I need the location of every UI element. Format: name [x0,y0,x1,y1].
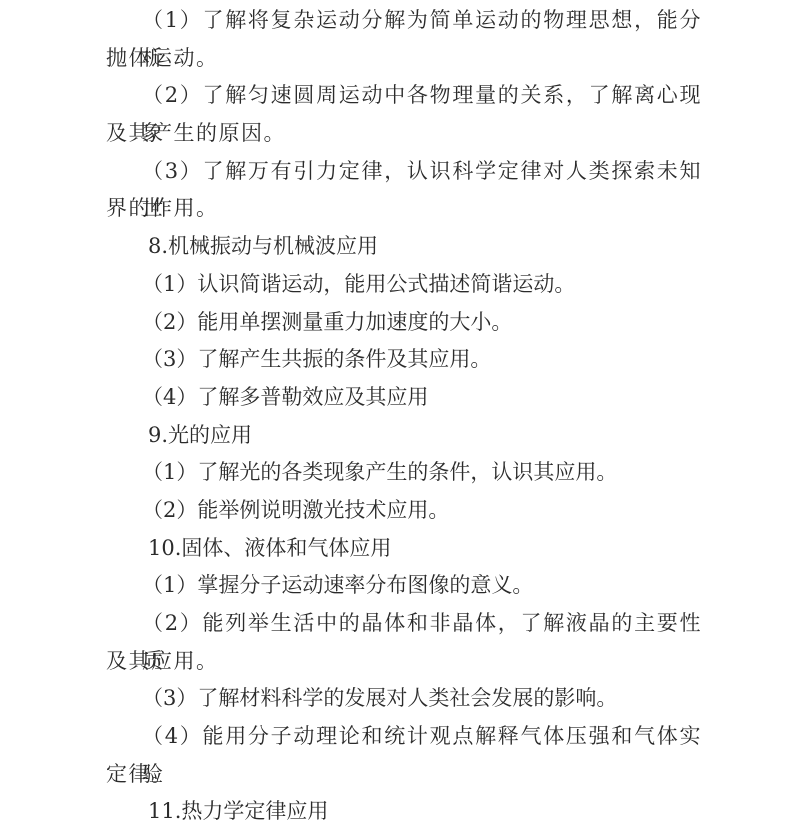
section-heading-9: 9.光的应用 [106,417,702,455]
list-item: （2）能用单摆测量重力加速度的大小。 [106,304,702,342]
paragraph-line: （3）了解万有引力定律，认识科学定律对人类探索未知世 [106,153,702,191]
section-heading-11: 11.热力学定律应用 [106,793,702,827]
list-item: （1）了解光的各类现象产生的条件，认识其应用。 [106,454,702,492]
list-item: （2）能举例说明激光技术应用。 [106,492,702,530]
paragraph-line: （1）了解将复杂运动分解为简单运动的物理思想，能分析 [106,2,702,40]
section-heading-8: 8.机械振动与机械波应用 [106,228,702,266]
paragraph-line: （2）能列举生活中的晶体和非晶体，了解液晶的主要性质 [106,605,702,643]
list-item: （1）掌握分子运动速率分布图像的意义。 [106,567,702,605]
paragraph-line: （2）了解匀速圆周运动中各物理量的关系，了解离心现象 [106,77,702,115]
paragraph-line: 及其应用。 [106,643,702,681]
list-item: （1）认识简谐运动，能用公式描述简谐运动。 [106,266,702,304]
paragraph-line: 定律。 [106,756,702,794]
paragraph-line: 及其产生的原因。 [106,115,702,153]
paragraph-line: （4）能用分子动理论和统计观点解释气体压强和气体实验 [106,718,702,756]
list-item: （3）了解材料科学的发展对人类社会发展的影响。 [106,680,702,718]
paragraph-line: 抛体运动。 [106,40,702,78]
paragraph-line: 界的作用。 [106,190,702,228]
list-item: （3）了解产生共振的条件及其应用。 [106,341,702,379]
list-item: （4）了解多普勒效应及其应用 [106,379,702,417]
document-page: （1）了解将复杂运动分解为简单运动的物理思想，能分析 抛体运动。 （2）了解匀速… [106,2,702,827]
section-heading-10: 10.固体、液体和气体应用 [106,530,702,568]
